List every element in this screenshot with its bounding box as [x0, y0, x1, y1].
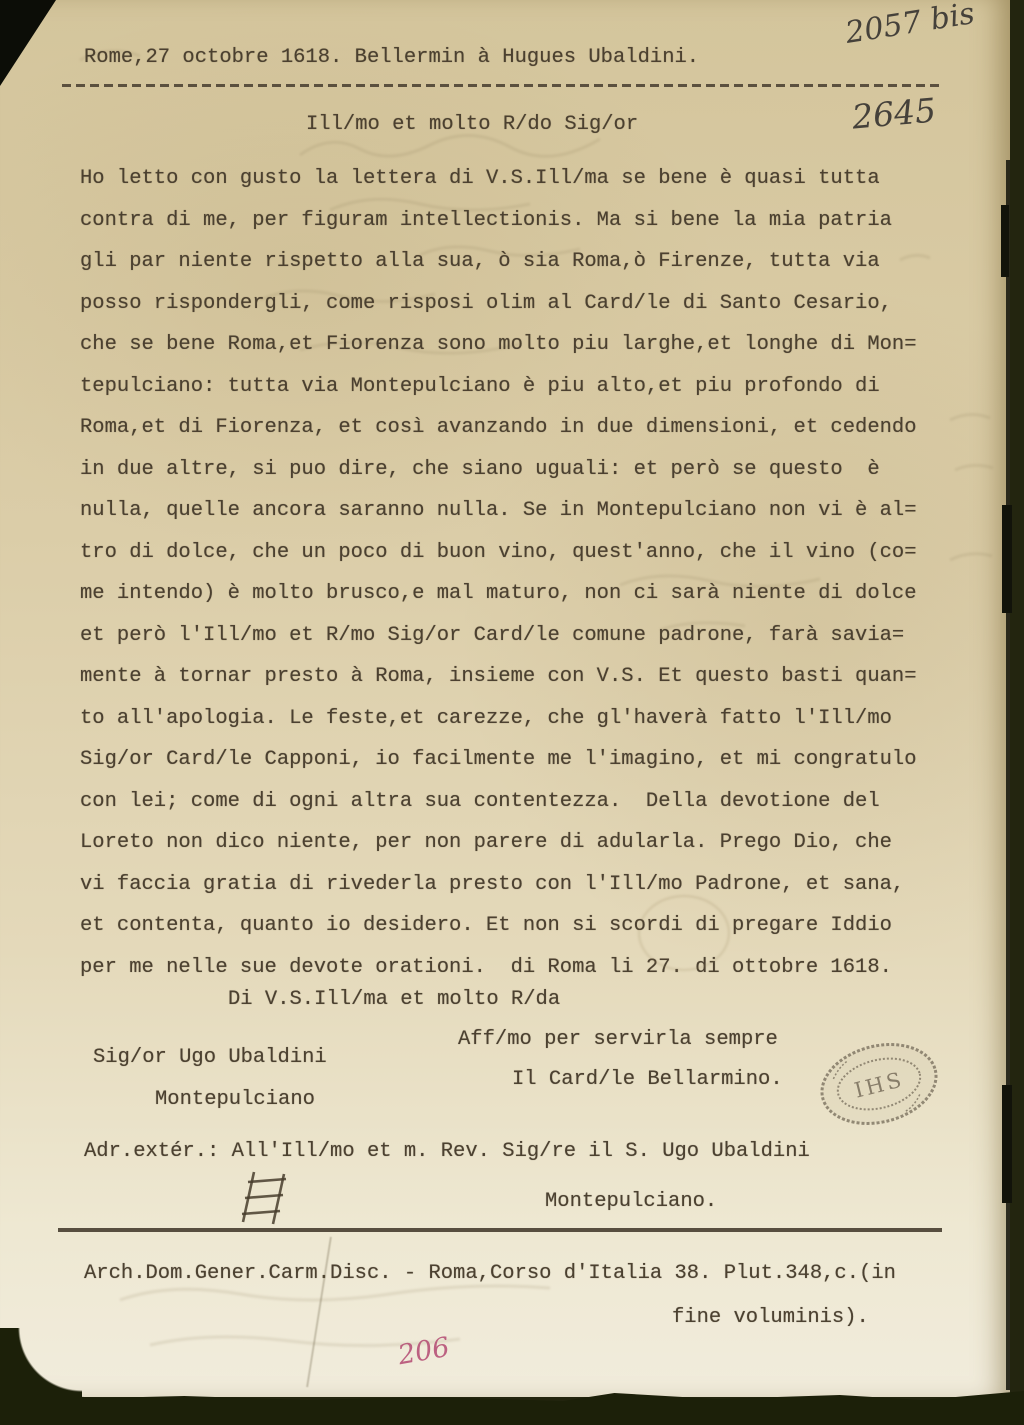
letter-body-line: Roma,et di Fiorenza, et così avanzando i… [80, 407, 917, 449]
scan-edge-mark [1001, 205, 1009, 277]
letter-body-line: nulla, quelle ancora saranno nulla. Se i… [80, 490, 917, 532]
signature-text: Il Card/le Bellarmino. [512, 1068, 783, 1091]
archive-number-secondary: 2645 [850, 90, 937, 136]
scan-edge-line [1006, 160, 1010, 1390]
addressee-place-text: Montepulciano [155, 1088, 315, 1111]
letter-body-line: tro di dolce, che un poco di buon vino, … [80, 532, 917, 574]
red-folio-number: 206 [396, 1332, 452, 1371]
letter-body-line: per me nelle sue devote orationi. di Rom… [80, 947, 917, 989]
letter-page: Rome,27 octobre 1618. Bellermin à Hugues… [0, 0, 1010, 1397]
stain-ring [638, 895, 730, 971]
scan-corner-shadow-bottomleft [0, 1328, 82, 1424]
letter-body: Ho letto con gusto la lettera di V.S.Ill… [80, 158, 917, 988]
crease-line [306, 1237, 332, 1387]
addressee-name-text: Sig/or Ugo Ubaldini [93, 1046, 327, 1069]
salutation-text: Ill/mo et molto R/do Sig/or [306, 113, 638, 136]
address-place-text: Montepulciano. [545, 1190, 717, 1213]
letter-body-line: contra di me, per figuram intellectionis… [80, 200, 917, 242]
valediction-text: Di V.S.Ill/ma et molto R/da [228, 988, 560, 1011]
letter-body-line: Ho letto con gusto la lettera di V.S.Ill… [80, 158, 917, 200]
letter-body-line: posso rispondergli, come risposi olim al… [80, 283, 917, 325]
letter-body-line: tepulciano: tutta via Montepulciano è pi… [80, 366, 917, 408]
letter-body-line: in due altre, si puo dire, che siano ugu… [80, 449, 917, 491]
solid-separator-rule [58, 1228, 942, 1232]
reference-line2-text: fine voluminis). [672, 1306, 869, 1329]
letter-body-line: to all'apologia. Le feste,et carezze, ch… [80, 698, 917, 740]
letter-body-line: che se bene Roma,et Fiorenza sono molto … [80, 324, 917, 366]
scan-edge-blob [1002, 505, 1012, 613]
letter-body-line: Loreto non dico niente, per non parere d… [80, 822, 917, 864]
reference-line1-text: Arch.Dom.Gener.Carm.Disc. - Roma,Corso d… [84, 1262, 896, 1285]
hatch-mark-icon [238, 1168, 300, 1226]
exterior-address-text: Adr.extér.: All'Ill/mo et m. Rev. Sig/re… [84, 1140, 810, 1163]
dashed-separator-rule [62, 84, 940, 87]
archive-number-top: 2057 bis [843, 0, 977, 51]
dateline-text: Rome,27 octobre 1618. Bellermin à Hugues… [84, 46, 699, 69]
affection-text: Aff/mo per servirla sempre [458, 1028, 778, 1051]
letter-body-line: et contenta, quanto io desidero. Et non … [80, 905, 917, 947]
scan-edge-blob [1002, 1085, 1012, 1203]
letter-body-line: Sig/or Card/le Capponi, io facilmente me… [80, 739, 917, 781]
letter-body-line: mente à tornar presto à Roma, insieme co… [80, 656, 917, 698]
letter-body-line: con lei; come di ogni altra sua contente… [80, 781, 917, 823]
letter-body-line: me intendo) è molto brusco,e mal maturo,… [80, 573, 917, 615]
letter-body-line: gli par niente rispetto alla sua, ò sia … [80, 241, 917, 283]
archive-stamp: IHS [807, 1024, 952, 1144]
letter-body-line: vi faccia gratia di rivederla presto con… [80, 864, 917, 906]
letter-body-line: et però l'Ill/mo et R/mo Sig/or Card/le … [80, 615, 917, 657]
